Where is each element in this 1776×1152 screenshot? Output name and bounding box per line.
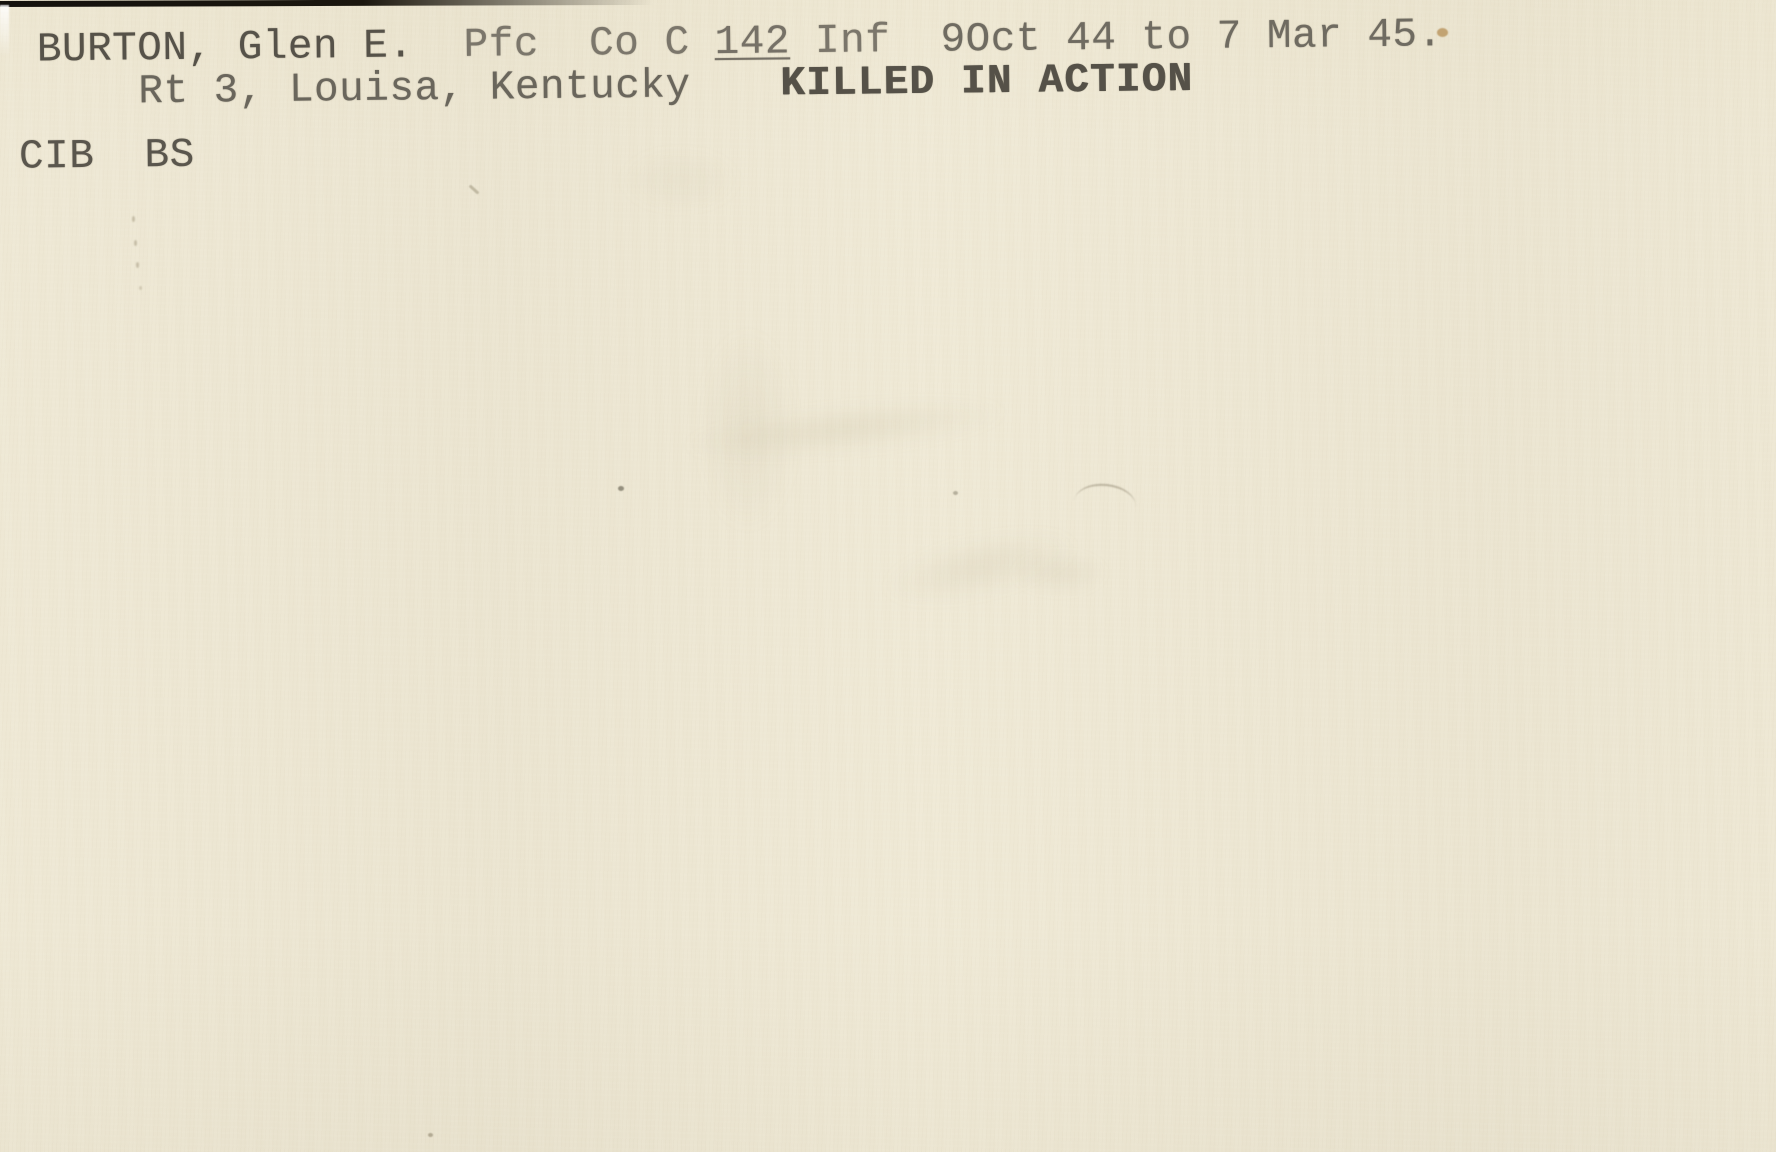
typed-line-3: CIB BS	[19, 136, 195, 179]
typed-line-2-address: Rt 3, Louisa, Kentucky	[138, 66, 691, 113]
faint-dot-mark	[136, 262, 139, 268]
scanned-index-card: BURTON, Glen E. Pfc Co C 142 Inf 9Oct 44…	[0, 0, 1776, 1152]
casualty-status: KILLED IN ACTION	[780, 57, 1193, 107]
soldier-name: BURTON, Glen E.	[37, 23, 414, 73]
typed-line-1: BURTON, Glen E. Pfc Co C 142 Inf 9Oct 44…	[37, 15, 1443, 71]
faint-dot-mark	[134, 240, 137, 246]
typewritten-text-block: BURTON, Glen E. Pfc Co C 142 Inf 9Oct 44…	[0, 0, 1776, 1152]
unit-branch: Inf	[790, 18, 941, 66]
rank-and-unit: Pfc Co C	[413, 20, 715, 69]
regiment-number: 142	[714, 19, 790, 66]
card-corner-highlight	[0, 5, 9, 57]
home-address: Rt 3, Louisa, Kentucky	[138, 63, 691, 115]
faint-dot-mark	[132, 216, 135, 222]
typed-line-2-status: KILLED IN ACTION	[780, 60, 1193, 105]
faint-dot-mark	[139, 286, 142, 290]
awards: CIB BS	[19, 133, 195, 181]
